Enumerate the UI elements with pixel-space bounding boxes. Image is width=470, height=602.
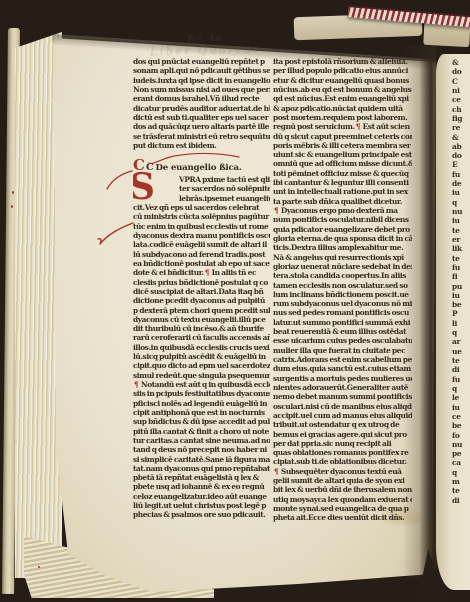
text-line: di [452,365,470,374]
text-line: toti pēminet officiuz misse & quecūq [273,169,412,178]
text-line: be [452,300,470,309]
text-line: dū q sicut caput preeminet ceteris cor [273,132,412,141]
text-line: cipit.quo dicto ad epm uel sacerdotez [133,361,270,370]
text-line: de [452,179,470,188]
text-line: ce [452,412,470,421]
text-line: ita post epistolā rñsorium & alleluia. [273,57,412,66]
fore-edge-red-speck [38,566,40,568]
page-gutter-shade [402,46,436,580]
text-line: esse uicarium cuius pedes osculabatur [273,336,412,345]
text-line: clesiis prius bñdictionē postulat q co [133,278,270,287]
text-line: dicē suscipiat de altari.Data itaq bñ [133,287,270,296]
text-line: Nā & angelus qui resurrectionis xpī [273,253,412,262]
text-line: dos ad quācūqz uero altaris partē ille [133,122,270,131]
text-line: put dictum est ibidem. [133,141,270,150]
text-line: ue [452,347,470,356]
text-line: bemus ei gracias agere.qui sicut pro [273,430,412,439]
text-line: tamen ecclesiis non osculatur.sed so [273,281,412,290]
text-line: gloria eterna.de qua sponsa dicit in cā [273,234,412,243]
text-line: pu [452,282,470,291]
fore-edge-red-speck [12,191,14,194]
text-line: nientes adorauerūt.Generaliter autē [273,383,412,392]
text-line: tūc enim in quibusl ecclesiis ut rome [133,222,270,231]
text-line: accipit.uel cum ad manus eius aliquid [273,411,412,420]
text-line: se trāsferat ministri eū retro sequūtur [133,132,270,141]
text-line: & [452,133,470,142]
text-line: iu [452,216,470,225]
text-line: Non sum missus nisi ad oues que peri [133,85,270,94]
text-line: q [452,384,470,393]
right-text-column: ita post epistolā rñsorium & alleluia.pe… [273,57,412,527]
drop-cap-paragraph: S VPRA pxime tactū est qliter sacerdos n… [133,175,270,203]
text-line: ea bñdictionē postulat ab epo ut sacer [133,259,270,268]
text-line: monte synai.sed euangelica de qua p [273,504,412,513]
text-line: osculari.nisi cū de manibus eius aliqd [273,402,412,411]
pilcrow-icon: ¶ [273,206,279,215]
text-line: q [452,198,470,207]
text-line: gelii sumit de altari quia de syon exi [273,476,412,485]
text-line: ar [452,337,470,346]
left-text-column: dos qui pnūciat euangeliū repñtet psonam… [133,57,270,523]
text-line: tand q deus nō precepit nos haber ni [133,445,270,454]
text-line: unt in intellectuali ratione.put in sex [273,187,412,196]
text-line: ibi cantantur & leguntur illi consenti [273,178,412,187]
text-line: ab [452,142,470,151]
chapter-heading-text: De euangelio ßica. [156,163,242,173]
text-line: p dexterā ptem chori quem pcedit sub [133,306,270,315]
text-line: cipiat.sub ti.de oblationibus dicetur. [273,457,412,466]
text-line: dyaconus dextra manu pontificis oscu [133,231,270,240]
text-line: simul redeūt.que singula psequemur. [133,371,270,380]
text-line: cipit antiphonā que est in nocturnis [133,408,270,417]
text-line: dum eius.quia sanctū est.cuius etiam [273,364,412,373]
text-line: etur & dicitur euangeliū quasi bonus [273,76,412,85]
text-line: ticis.Dextra illius amplexabitur me. [273,243,412,252]
pilcrow-icon: ¶ [273,467,279,476]
text-line: lū subdyacono ad ferend tradis.post [133,250,270,259]
text-line: nemo debet manum summi pontificis [273,392,412,401]
text-line: & [452,58,470,67]
text-line: ter sacerdos nō solēpniter ce [179,184,270,193]
text-line: VPRA pxime tactū est qli [179,175,270,184]
text-line: dictione pcedit dyaconus ad pulpitū [133,296,270,305]
text-line: dyaconus cū textu euangelii.illū pce [133,315,270,324]
text-line: poris mēbris & illi cetera membra ser [273,141,412,150]
text-line: illos.in quibusdā ecclesiis crucis uexil [133,343,270,352]
text-line: do [452,151,470,160]
text-line: le [452,393,470,402]
text-line: tat.nam dyaconus qui pmo repñtabat [133,464,270,473]
text-line: erant domus israhel.Vñ illud recte [133,94,270,103]
text-line: te [452,226,470,235]
text-line: cū ministris cūcta solēpnius pagūtur [133,212,270,221]
text-line: pficisci nolēs ad legendū euāgeliū in [133,399,270,408]
left-column-intro: dos qui pnūciat euangeliū repñtet psonam… [133,57,270,150]
text-line: be [452,421,470,430]
text-line: ch [452,105,470,114]
text-line: ni [452,86,470,95]
text-line: iu [452,188,470,197]
book-photo: { "scene": { "background_color": "#261d1… [0,0,470,602]
text-line: per dat ppria.sic nunq recipit ali [273,439,412,448]
text-line: C [452,77,470,86]
text-line: q [452,328,470,337]
text-line: pitū illa cantat & finit a choro ut note [133,427,270,436]
text-line: re [452,123,470,132]
text-line: uiunt sic & euangelium principale est [273,150,412,159]
text-line: rarū ceroferarii cū faculis accensis añ [133,333,270,342]
text-line: do [452,67,470,76]
text-line: num pontificis osculatur.nibil dicens [273,215,412,224]
text-line: nūcius.ab eu qd est bonum & angelus [273,85,412,94]
pilcrow-icon: ¶ [355,122,361,131]
text-line: sup bñdictus & dū ipse accedit ad pul [133,417,270,426]
fore-edge-red-speck [11,205,13,208]
text-line: liū legit.ut uelut christus post legē p [133,501,270,510]
left-column-body: cit.Vez qñ eps ul sacerdos celebratcū mi… [133,203,270,520]
text-line: lū.sicq pulpitū ascēdit & euāgeliū in [133,352,270,361]
text-line: ta parte sub dñica qualibet dicetur. [273,197,412,206]
text-line: tera.stola candida coopertus.In aliis [273,271,412,280]
text-line: regnū post seruicium.¶ Est aūt scien [273,122,412,131]
text-line: fig [452,114,470,123]
text-line: q [452,468,470,477]
text-line: sonam apli.qui nō pdicauit gētibus sed [133,66,270,75]
pilcrow-icon: ¶ [204,268,210,277]
text-line: tribuit.ut ostendatur q ex utroq de [273,420,412,429]
text-line: quas oblationes romanus pontifex re [273,448,412,457]
text-line: lebrās.ipsemet euangeliū di [179,194,270,203]
text-line: pbetā iā repñtat euāgelistā q lex & [133,473,270,482]
text-line: te [452,486,470,495]
text-line: per illud populo pdicatio eius annūci [273,66,412,75]
text-line: pheta ait.Ecce dies ueniūt dicit dñs. [273,513,412,522]
text-line: nus sed pedes romani pontificis oscu [273,308,412,317]
text-line: fo [452,431,470,440]
text-line: li [452,319,470,328]
text-line: phecias & psalmos ore suo pdicauit. [133,510,270,519]
text-line: siis in pcipuis festiuitatibus dyaconus [133,389,270,398]
text-line: fi [452,272,470,281]
text-line: surgentis a mortuis pedes mulieres ue [273,374,412,383]
facing-page-text-fragments: &doCnicechfigre&abdoEfudeiuqnuiuteerlikt… [452,58,470,508]
text-line: gloriaz uenerat nūciare sedebat in dex [273,262,412,271]
text-line: lum inclinans bñdictionem poscit.ue [273,290,412,299]
text-line: iudeis.iuxta qd ipse dicit in euangelio [133,76,270,85]
text-line: pe [452,449,470,458]
text-line: ¶ Dyaconus ergo pmo dexterā ma [273,206,412,215]
text-line: lata.codicē euāgelii sumit de altari il [133,240,270,249]
text-line: dictū est sub ti.qualiter eps uel sacer [133,113,270,122]
text-line: nu [452,207,470,216]
text-line: ¶ Notandū est aūt q in quibusdā eccle [133,380,270,389]
text-line: bit lex & uerbū dñi de iherusalem non [273,485,412,494]
text-line: fu [452,170,470,179]
text-line: di [452,496,470,505]
text-line: quia pdicator euangelizare debet pro [273,225,412,234]
text-line: & apoz pdicatio.nūciat quidem uitā [273,104,412,113]
text-line: fu [452,375,470,384]
text-line: tur caritas.a cantat sine neuma.ad no [133,436,270,445]
text-line: utiq moysayca lex quondam exiuerat d [273,495,412,504]
text-line: nu [452,440,470,449]
drop-cap-lines: VPRA pxime tactū est qliter sacerdos nō … [179,175,270,203]
text-line: te [452,356,470,365]
text-line: lik [452,244,470,253]
text-line: qd est nūcius.Est enim euangeliū xpi [273,94,412,103]
text-line: dos qui pnūciat euangeliū repñtet p [133,57,270,66]
text-line: ce [452,95,470,104]
text-line: te [452,254,470,263]
text-line: dicatur prudēs auditor aduertat.de hīs [133,104,270,113]
text-line: celoz euangelizatur.ideo aūt euange [133,492,270,501]
text-line: fu [452,263,470,272]
text-line: P [452,309,470,318]
text-line: ca [452,458,470,467]
text-line: catrix.Adorans est enim scabellum pe [273,355,412,364]
text-line: latur.ut summo pontifici summā exhi [273,318,412,327]
text-line: m [452,477,470,486]
text-line: beat reuerentiā & eum illius ostēdat [273,327,412,336]
text-line: rum subdyaconus uel dyaconus nō mi [273,299,412,308]
text-line: iu [452,291,470,300]
text-line: dit thuribulū cū incēso.& añ thurife [133,324,270,333]
pilcrow-icon: ¶ [133,380,139,389]
text-line: si simplicē caritatē.Sane iā figura ma [133,455,270,464]
text-line: E [452,160,470,169]
text-line: iu [452,403,470,412]
text-line: mulier illa que fuerat in ciuitate pec [273,346,412,355]
text-line: post mortem.requiem post laborem. [273,113,412,122]
text-line: ¶ Subsequēter dyaconus textū euā [273,467,412,476]
text-line: dote & ei bñdicitur.¶ In aliis tñ ec [133,268,270,277]
drop-cap-initial: S [133,171,155,203]
text-line: pbete usq ad iohannē & ex eo regnū [133,482,270,491]
text-line: er [452,235,470,244]
text-line: omniū que ad officium misse dicunt.& [273,159,412,168]
